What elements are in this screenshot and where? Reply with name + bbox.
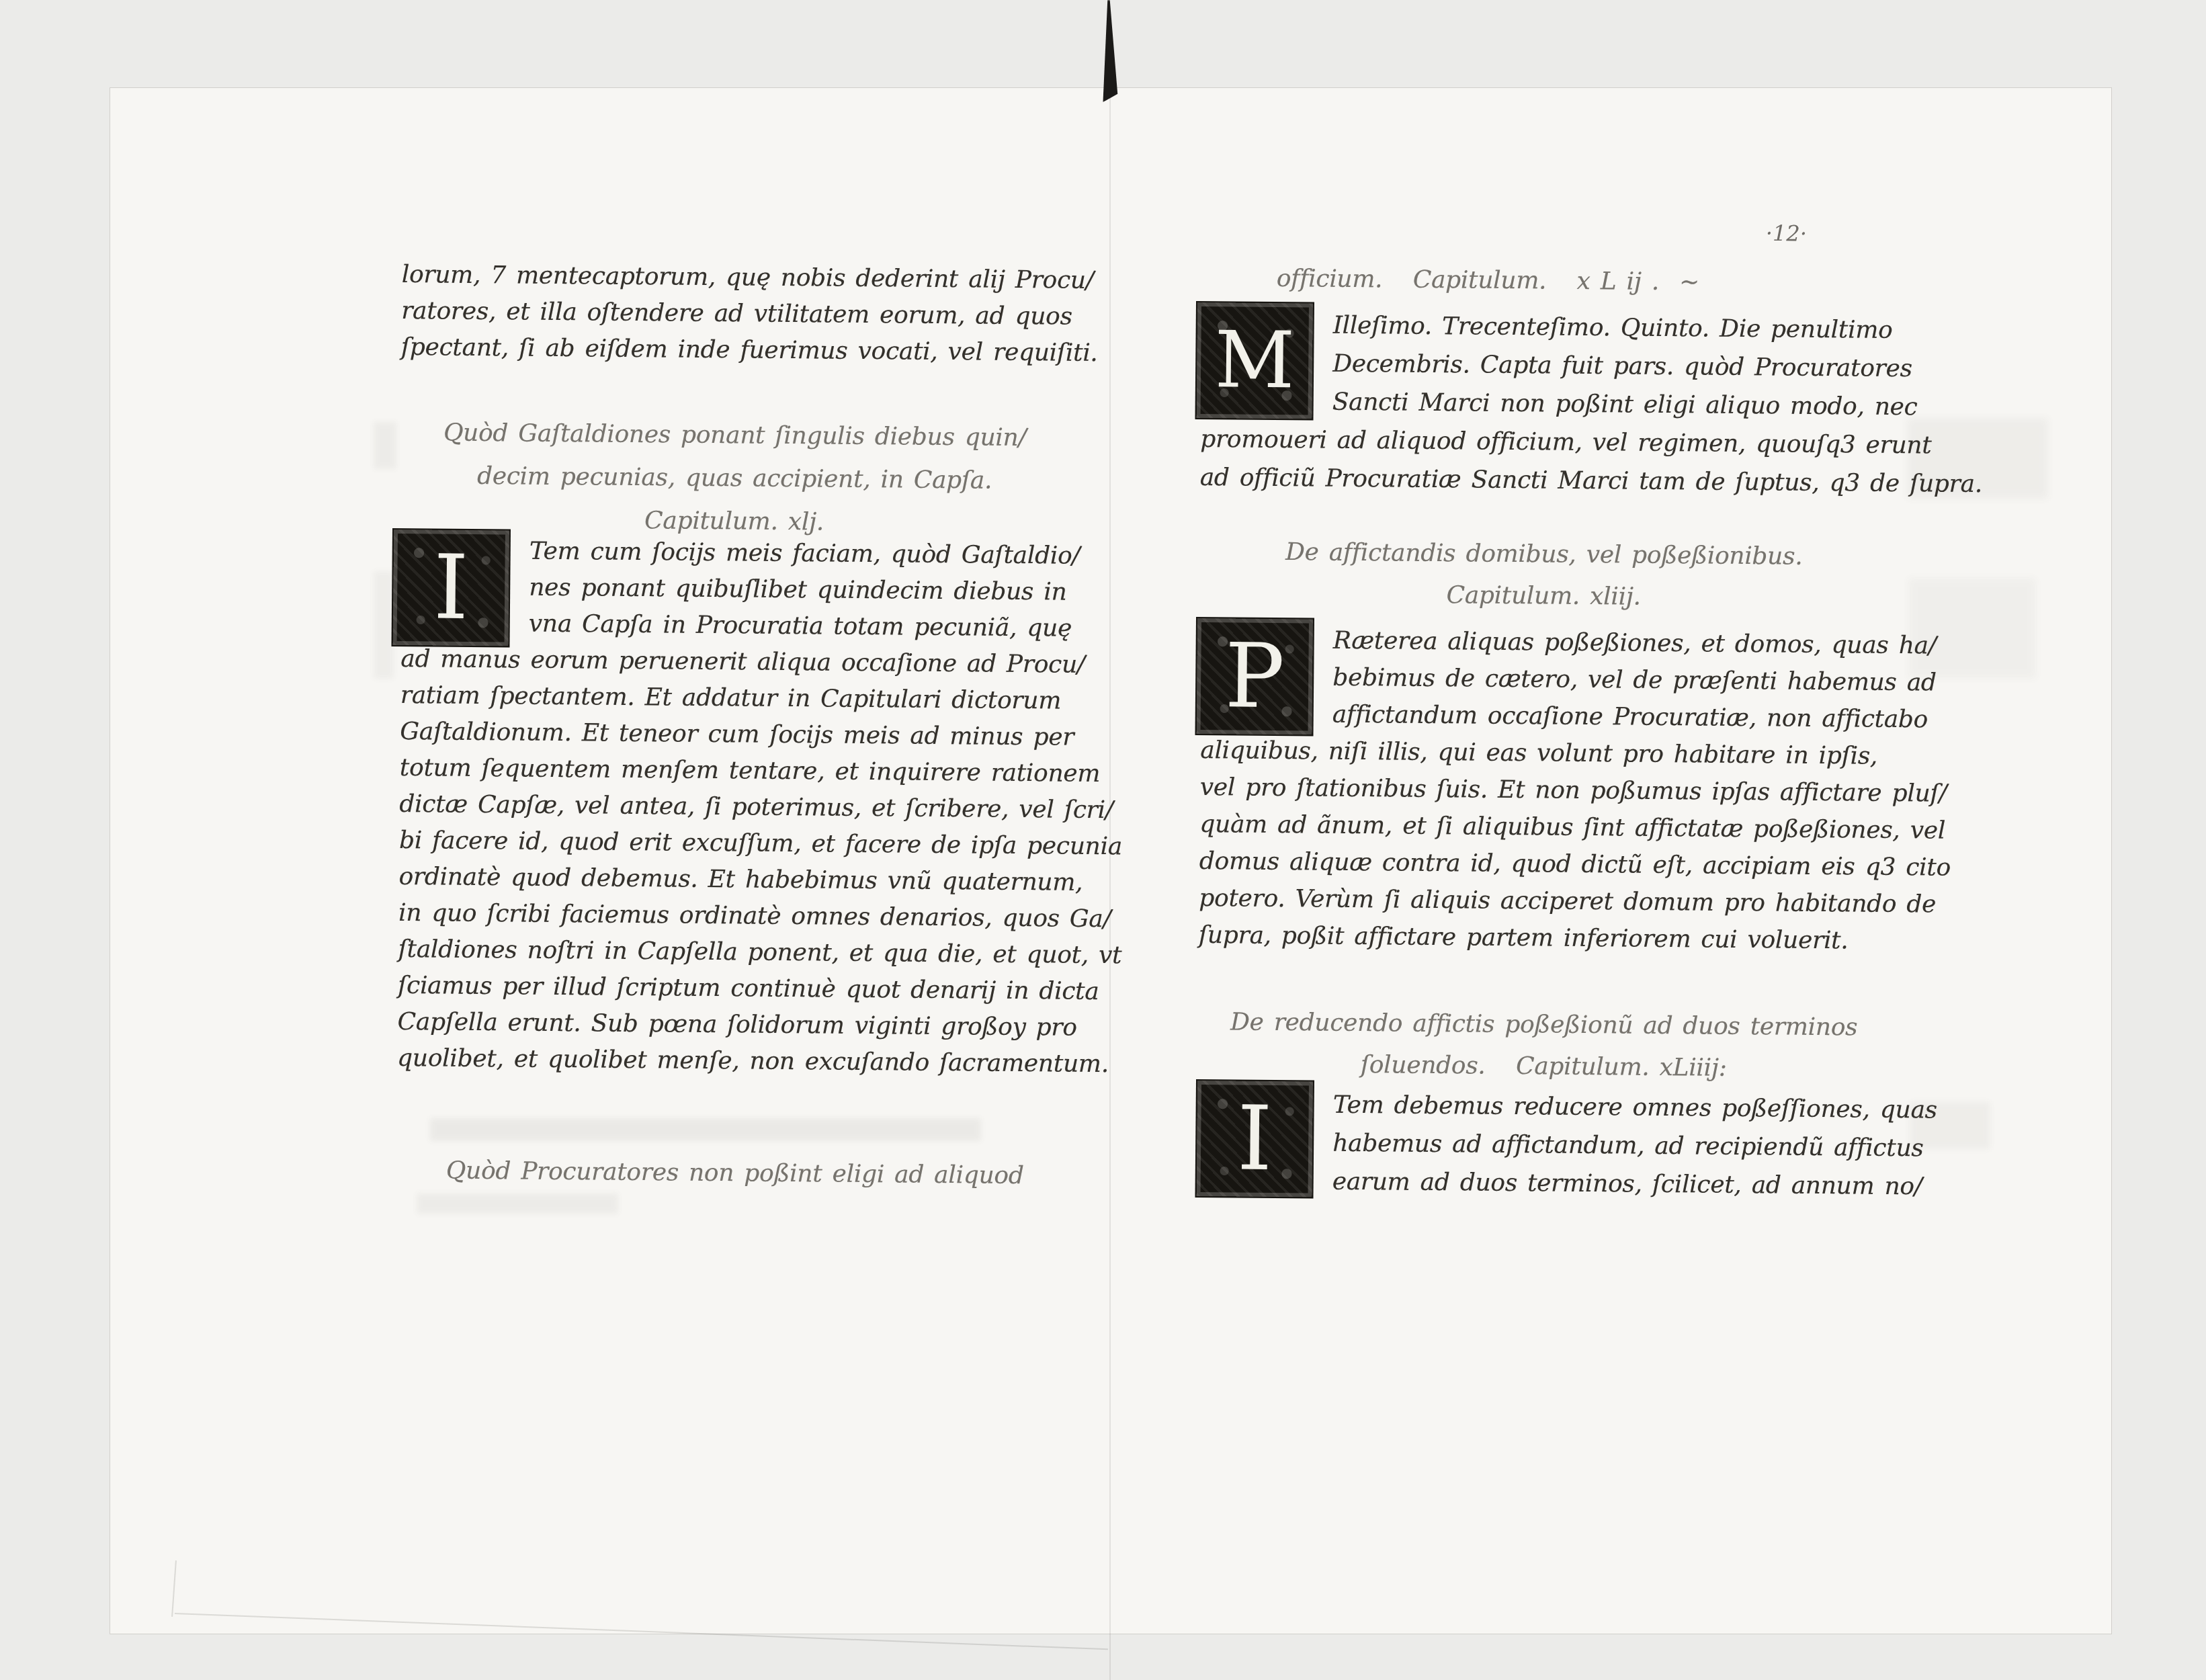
text-line: Gaſtaldionum. Et teneor cum ſocijs meis … <box>400 714 1066 756</box>
text-line: ſpectant, ſi ab eiſdem inde fuerimus voc… <box>401 329 1068 372</box>
text-line: ad officiũ Procuratiæ Sancti Marci tam d… <box>1200 458 1885 503</box>
text-line: lorum, 7 mentecaptorum, quę nobis dederi… <box>402 257 1068 299</box>
text-line: Sancti Marci non poßint eligi aliquo mod… <box>1201 382 1886 426</box>
bleedthrough-ghost <box>417 1193 618 1214</box>
bleedthrough-ghost <box>374 422 396 469</box>
text-line: Tem cum ſocijs meis faciam, quòd Gaſtald… <box>402 532 1068 575</box>
text-line: bi facere id, quod erit excuſſum, et fac… <box>399 823 1066 865</box>
text-line: quàm ad ãnum, et ſi aliquibus ſint affic… <box>1199 806 1885 849</box>
text-line: bebimus de cætero, vel de præſenti habem… <box>1201 658 1886 701</box>
scanned-book-spread: lorum, 7 mentecaptorum, quę nobis dederi… <box>0 0 2206 1680</box>
chapter-44-heading: De reducendo affictis poßeßionũ ad duos … <box>1201 1001 1887 1091</box>
text-line: Tem debemus reducere omnes poßeſſiones, … <box>1201 1085 1887 1129</box>
chapter-43-paragraph: Ræterea aliquas poßeßiones, et domos, qu… <box>1199 621 1887 960</box>
text-line: quolibet, et quolibet menſe, non excuſan… <box>397 1040 1064 1083</box>
left-opening-paragraph: lorum, 7 mentecaptorum, quę nobis dederi… <box>401 257 1068 372</box>
text-line: earum ad duos terminos, ſcilicet, ad ann… <box>1201 1161 1886 1206</box>
text-line: ſciamus per illud ſcriptum continuè quot… <box>398 968 1064 1010</box>
text-line: affictandum occaſione Procuratiæ, non af… <box>1201 695 1886 738</box>
bleedthrough-ghost <box>374 571 394 679</box>
heading-line: Capitulum. xliij. <box>1201 573 1887 620</box>
text-line: nes ponant quibuſlibet quindecim diebus … <box>401 569 1068 611</box>
heading-line: Quòd Gaſtaldiones ponant ſingulis diebus… <box>401 411 1068 460</box>
heading-line: De reducendo affictis poßeßionũ ad duos … <box>1201 1001 1887 1049</box>
text-line: ratiam ſpectantem. Et addatur in Capitul… <box>400 677 1067 720</box>
text-line: ad manus eorum peruenerit aliqua occaſio… <box>400 641 1067 683</box>
text-line: habemus ad affictandum, ad recipiendũ af… <box>1201 1123 1886 1167</box>
text-line: ſtaldiones noſtri in Capſella ponent, et… <box>398 931 1064 974</box>
heading-line: officium. Capitulum. x L ij . ~ <box>1276 259 1887 304</box>
heading-line: decim pecunias, quas accipient, in Capſa… <box>401 454 1068 503</box>
chapter-42-heading-start: Quòd Procuratores non poßint eligi ad al… <box>401 1150 1068 1197</box>
chapter-44-paragraph: Tem debemus reducere omnes poßeſſiones, … <box>1201 1085 1887 1206</box>
text-line: Capſella erunt. Sub pœna ſolidorum vigin… <box>397 1004 1064 1046</box>
text-line: in quo ſcribi faciemus ordinatè omnes de… <box>398 895 1065 937</box>
bleedthrough-ghost <box>430 1118 981 1141</box>
text-line: dictæ Capſæ, vel antea, ſi poterimus, et… <box>399 786 1066 829</box>
text-line: Decembris. Capta fuit pars. quòd Procura… <box>1201 343 1886 388</box>
text-line: promoueri ad aliquod officium, vel regim… <box>1200 420 1885 464</box>
text-line: domus aliquæ contra id, quod dictũ eſt, … <box>1199 843 1885 886</box>
text-line: Ræterea aliquas poßeßiones, et domos, qu… <box>1201 621 1887 664</box>
text-line: vna Capſa in Procuratia totam pecuniã, q… <box>401 605 1068 647</box>
text-line: vel pro ſtationibus ſuis. Et non poßumus… <box>1200 769 1885 812</box>
center-fold-line <box>1109 87 1111 1680</box>
heading-line: De affictandis domibus, vel poßeßionibus… <box>1201 531 1887 579</box>
chapter-42-paragraph: Illeſimo. Trecenteſimo. Quinto. Die penu… <box>1200 305 1887 503</box>
text-line: potero. Verùm ſi aliquis acciperet domum… <box>1199 880 1884 923</box>
chapter-42-heading-continuation: officium. Capitulum. x L ij . ~ <box>1276 259 1887 304</box>
chapter-41-heading: Quòd Gaſtaldiones ponant ſingulis diebus… <box>400 411 1068 546</box>
heading-line: Quòd Procuratores non poßint eligi ad al… <box>401 1150 1068 1197</box>
chapter-41-paragraph: Tem cum ſocijs meis faciam, quòd Gaſtald… <box>397 532 1068 1083</box>
text-line: Illeſimo. Trecenteſimo. Quinto. Die penu… <box>1201 305 1887 349</box>
chapter-43-heading: De affictandis domibus, vel poßeßionibus… <box>1201 531 1887 620</box>
text-line: ordinatè quod debemus. Et habebimus vnũ … <box>398 859 1065 901</box>
text-line: totum ſequentem menſem tentare, et inqui… <box>400 750 1066 792</box>
text-line: ratores, et illa oſtendere ad vtilitatem… <box>401 293 1068 335</box>
text-line: aliquibus, niſi illis, qui eas volunt pr… <box>1200 732 1885 775</box>
folio-number: ·12· <box>1766 220 1807 247</box>
text-line: ſupra, poßit affictare partem inferiorem… <box>1199 917 1884 960</box>
